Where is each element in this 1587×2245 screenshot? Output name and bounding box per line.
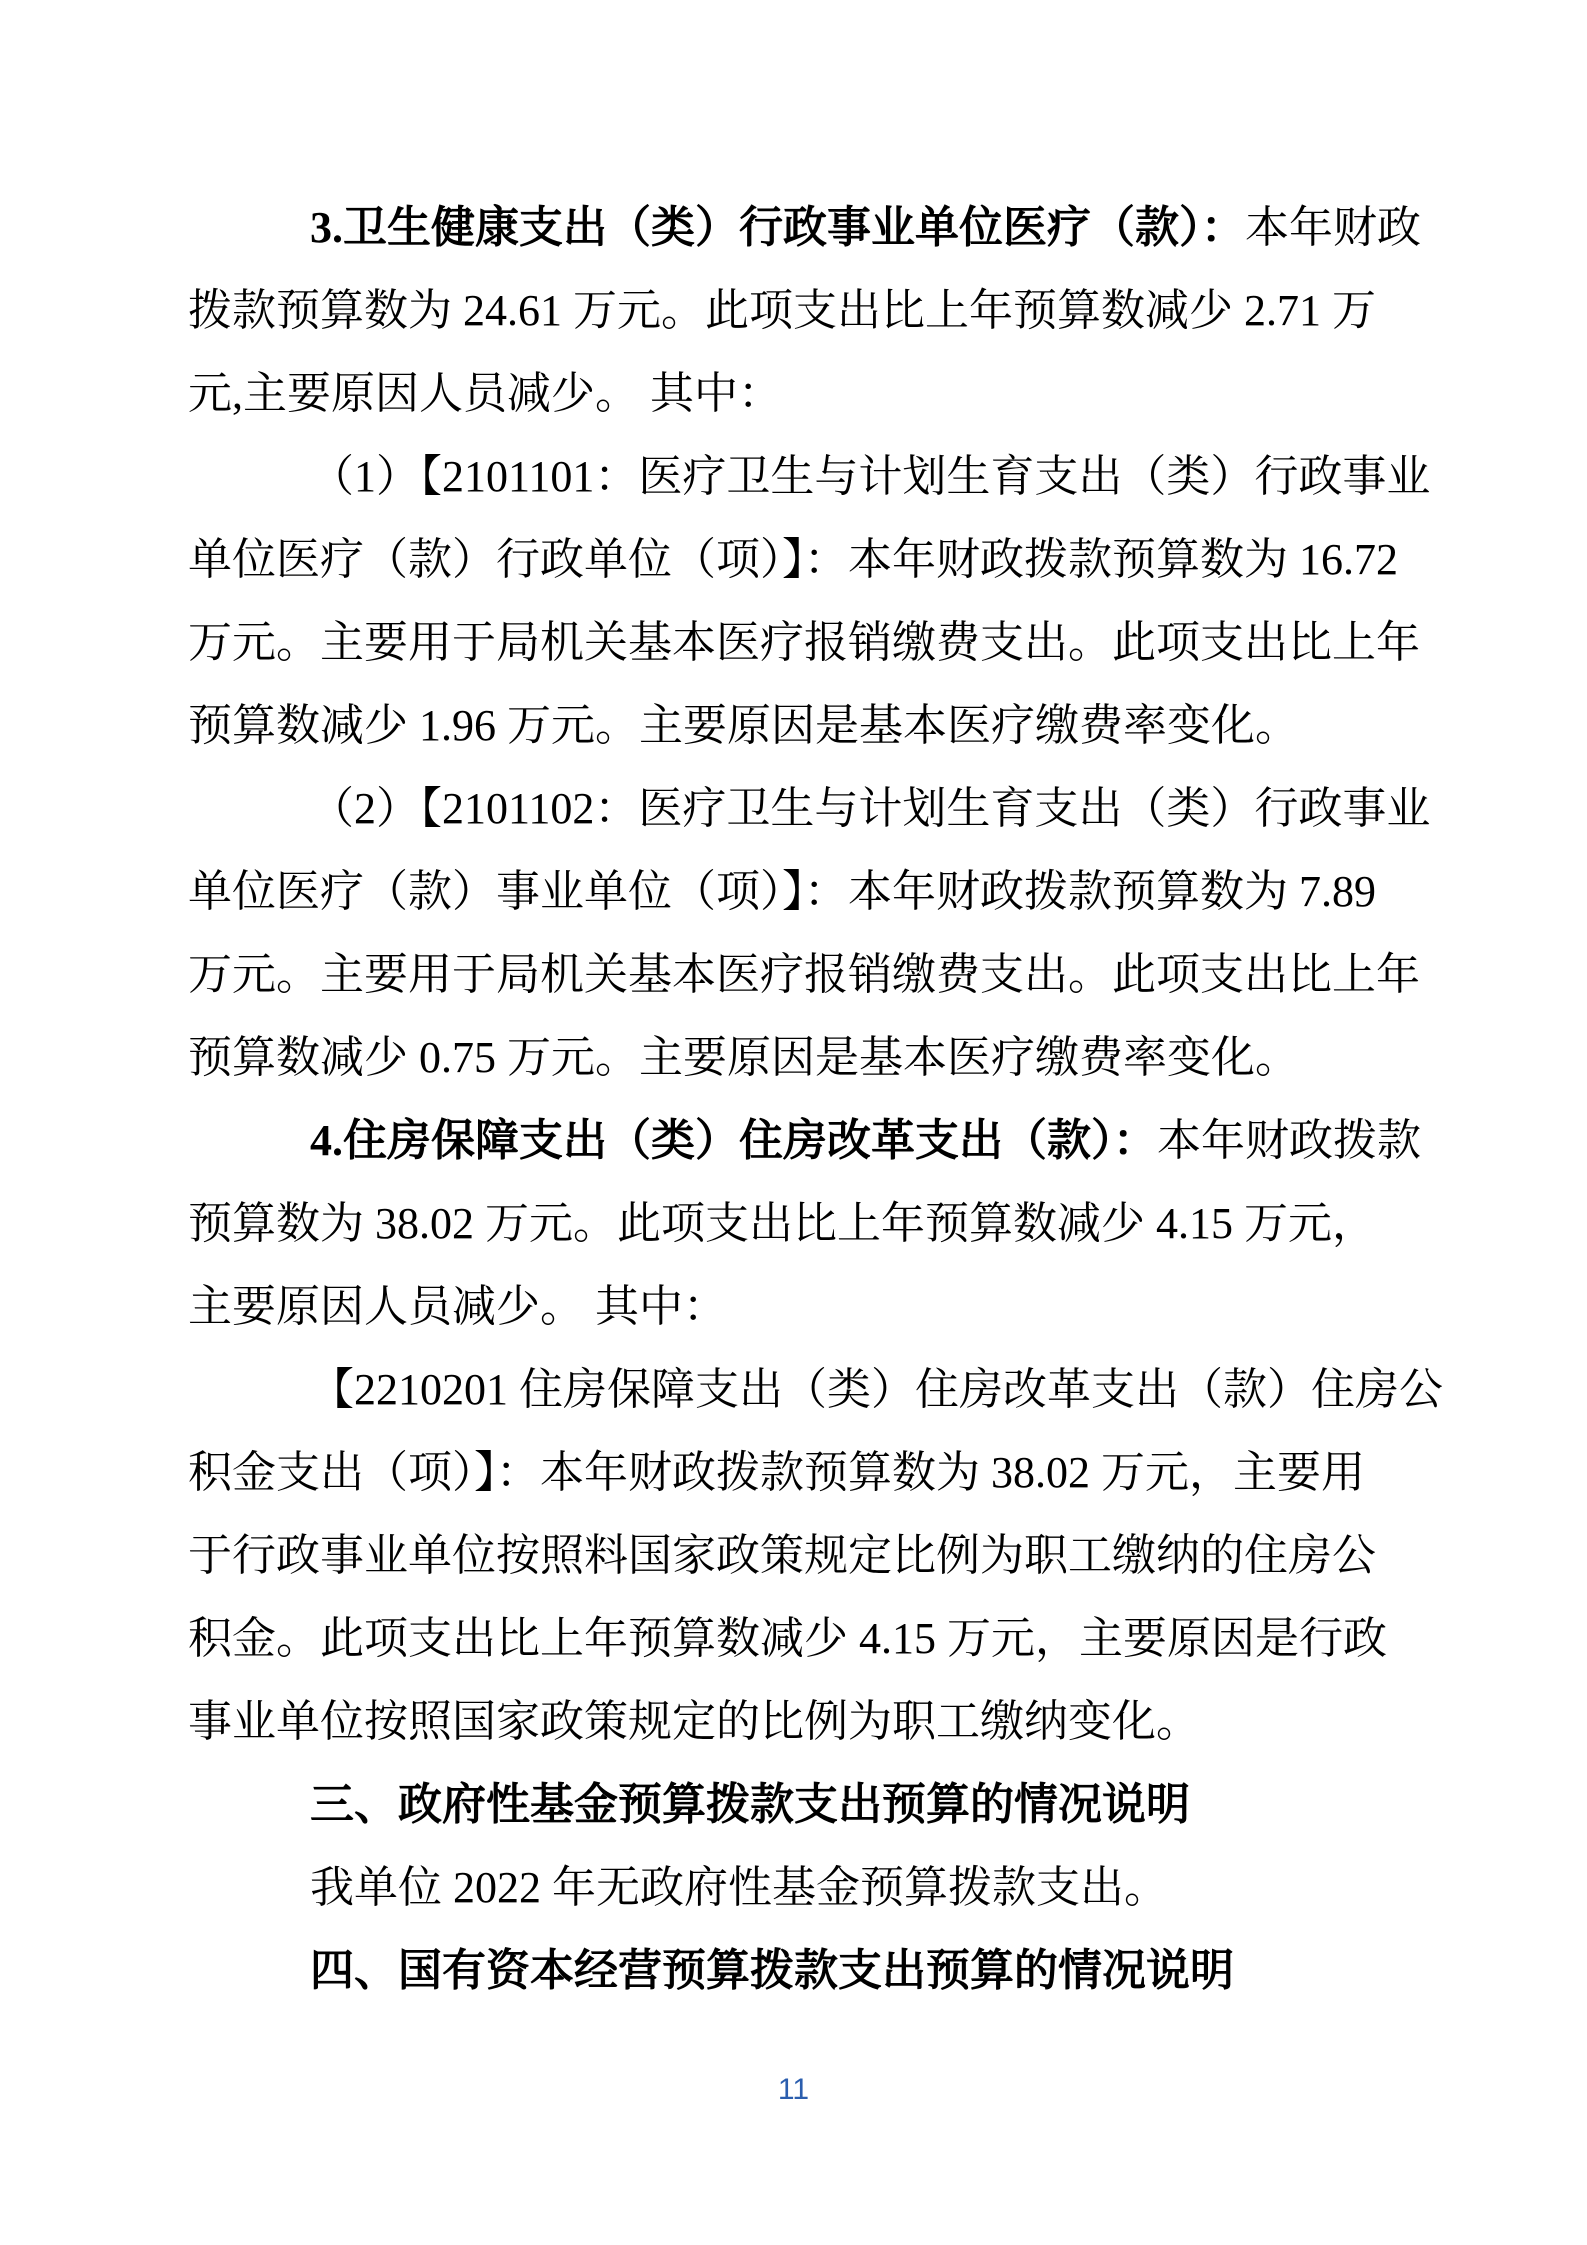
body-line: 预算数减少 1.96 万元。主要原因是基本医疗缴费率变化。 [188,684,1365,767]
section-heading-text: 三、政府性基金预算拨款支出预算的情况说明 [310,1780,1190,1829]
paragraph-3-title: 卫生健康支出（类）行政事业单位医疗（款）： [343,203,1245,252]
body-line: 积金支出（项）】：本年财政拨款预算数为 38.02 万元，主要用 [188,1431,1365,1514]
body-text: 万元。主要用于局机关基本医疗报销缴费支出。此项支出比上年 [188,950,1420,999]
body-text: 预算数为 38.02 万元。此项支出比上年预算数减少 4.15 万元， [188,1199,1376,1248]
body-text: 拨款预算数为 24.61 万元。此项支出比上年预算数减少 2.71 万 [188,286,1376,335]
body-line: 事业单位按照国家政策规定的比例为职工缴纳变化。 [188,1680,1365,1763]
body-line: 元,主要原因人员减少。 其中： [188,352,1365,435]
body-text: 本年财政拨款 [1157,1116,1421,1165]
paragraph-4-title: 住房保障支出（类）住房改革支出（款）： [343,1116,1157,1165]
body-text: 本年财政 [1245,203,1421,252]
item-2210201-start: 【2210201 住房保障支出（类）住房改革支出（款）住房公 [188,1348,1365,1431]
body-text: 元,主要原因人员减少。 其中： [188,369,782,418]
item-2101102-start: （2）【2101102：医疗卫生与计划生育支出（类）行政事业 [188,767,1365,850]
body-line: 单位医疗（款）行政单位（项）】：本年财政拨款预算数为 16.72 [188,518,1365,601]
body-text: 单位医疗（款）事业单位（项）】：本年财政拨款预算数为 7.89 [188,867,1376,916]
body-line: 主要原因人员减少。 其中： [188,1265,1365,1348]
body-line: 积金。此项支出比上年预算数减少 4.15 万元，主要原因是行政 [188,1597,1365,1680]
body-text: 预算数减少 1.96 万元。主要原因是基本医疗缴费率变化。 [188,701,1299,750]
body-text: 我单位 2022 年无政府性基金预算拨款支出。 [310,1863,1168,1912]
body-line: 万元。主要用于局机关基本医疗报销缴费支出。此项支出比上年 [188,933,1365,1016]
body-text: 积金。此项支出比上年预算数减少 4.15 万元，主要原因是行政 [188,1614,1387,1663]
body-text: 于行政事业单位按照料国家政策规定比例为职工缴纳的住房公 [188,1531,1376,1580]
body-text: 万元。主要用于局机关基本医疗报销缴费支出。此项支出比上年 [188,618,1420,667]
paragraph-3-start: 3.卫生健康支出（类）行政事业单位医疗（款）：本年财政 [188,186,1365,269]
body-line: 于行政事业单位按照料国家政策规定比例为职工缴纳的住房公 [188,1514,1365,1597]
list-number: 3. [310,203,343,252]
body-line: 拨款预算数为 24.61 万元。此项支出比上年预算数减少 2.71 万 [188,269,1365,352]
body-line: 预算数为 38.02 万元。此项支出比上年预算数减少 4.15 万元， [188,1182,1365,1265]
body-line: 万元。主要用于局机关基本医疗报销缴费支出。此项支出比上年 [188,601,1365,684]
paragraph-4-start: 4.住房保障支出（类）住房改革支出（款）：本年财政拨款 [188,1099,1365,1182]
body-line: 我单位 2022 年无政府性基金预算拨款支出。 [188,1846,1365,1929]
list-number: 4. [310,1116,343,1165]
body-text: 【2210201 住房保障支出（类）住房改革支出（款）住房公 [310,1365,1443,1414]
section-heading-3: 三、政府性基金预算拨款支出预算的情况说明 [188,1763,1365,1846]
body-text: 单位医疗（款）行政单位（项）】：本年财政拨款预算数为 16.72 [188,535,1398,584]
body-text: 主要原因人员减少。 其中： [188,1282,727,1331]
body-text: 预算数减少 0.75 万元。主要原因是基本医疗缴费率变化。 [188,1033,1299,1082]
body-text: （2）【2101102：医疗卫生与计划生育支出（类）行政事业 [310,784,1430,833]
document-body: 3.卫生健康支出（类）行政事业单位医疗（款）：本年财政 拨款预算数为 24.61… [188,186,1365,2012]
body-line: 单位医疗（款）事业单位（项）】：本年财政拨款预算数为 7.89 [188,850,1365,933]
body-line: 预算数减少 0.75 万元。主要原因是基本医疗缴费率变化。 [188,1016,1365,1099]
body-text: 积金支出（项）】：本年财政拨款预算数为 38.02 万元，主要用 [188,1448,1365,1497]
item-2101101-start: （1）【2101101：医疗卫生与计划生育支出（类）行政事业 [188,435,1365,518]
section-heading-4: 四、国有资本经营预算拨款支出预算的情况说明 [188,1929,1365,2012]
section-heading-text: 四、国有资本经营预算拨款支出预算的情况说明 [310,1946,1234,1995]
page-number: 11 [0,2072,1587,2108]
body-text: （1）【2101101：医疗卫生与计划生育支出（类）行政事业 [310,452,1430,501]
body-text: 事业单位按照国家政策规定的比例为职工缴纳变化。 [188,1697,1200,1746]
document-page: 3.卫生健康支出（类）行政事业单位医疗（款）：本年财政 拨款预算数为 24.61… [0,0,1587,2245]
